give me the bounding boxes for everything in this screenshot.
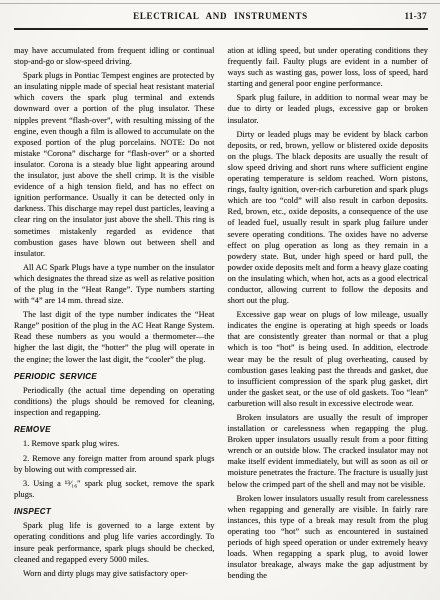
paragraph: All AC Spark Plugs have a type number on… bbox=[14, 262, 215, 306]
paragraph: Excessive gap wear on plugs of low milea… bbox=[228, 309, 429, 409]
scanned-manual-page: { "header": { "title": "ELECTRICAL AND I… bbox=[0, 0, 440, 600]
section-heading-periodic-service: PERIODIC SERVICE bbox=[14, 372, 215, 381]
left-column: may have accumulated from frequent idlin… bbox=[14, 45, 215, 584]
paragraph: Spark plug failure, in addition to norma… bbox=[228, 92, 429, 125]
page-number: 11-37 bbox=[404, 11, 427, 21]
paragraph: Broken lower insulators usually result f… bbox=[228, 493, 429, 582]
right-column: ation at idling speed, but under operati… bbox=[228, 45, 429, 584]
page-top-edge bbox=[0, 3, 440, 4]
two-column-text-body: may have accumulated from frequent idlin… bbox=[0, 30, 440, 584]
paragraph: ation at idling speed, but under operati… bbox=[228, 45, 429, 89]
list-item: 3. Using a ¹³⁄₁₆″ spark plug socket, rem… bbox=[14, 478, 215, 500]
page-header-title: ELECTRICAL AND INSTRUMENTS bbox=[14, 11, 427, 21]
paragraph: Dirty or leaded plugs may be evident by … bbox=[228, 129, 429, 307]
list-item: 1. Remove spark plug wires. bbox=[14, 438, 215, 449]
paragraph: may have accumulated from frequent idlin… bbox=[14, 45, 215, 67]
page-header: ELECTRICAL AND INSTRUMENTS 11-37 bbox=[14, 11, 427, 24]
paragraph: Spark plug life is governed to a large e… bbox=[14, 520, 215, 564]
list-item: 2. Remove any foreign matter from around… bbox=[14, 453, 215, 475]
paragraph: Spark plugs in Pontiac Tempest engines a… bbox=[14, 70, 215, 259]
paragraph: Worn and dirty plugs may give satisfacto… bbox=[14, 568, 215, 579]
paragraph: Broken insulators are usually the result… bbox=[228, 412, 429, 490]
section-heading-remove: REMOVE bbox=[14, 425, 215, 434]
paragraph: Periodically (the actual time depending … bbox=[14, 385, 215, 418]
section-heading-inspect: INSPECT bbox=[14, 507, 215, 516]
paragraph: The last digit of the type number indica… bbox=[14, 309, 215, 364]
